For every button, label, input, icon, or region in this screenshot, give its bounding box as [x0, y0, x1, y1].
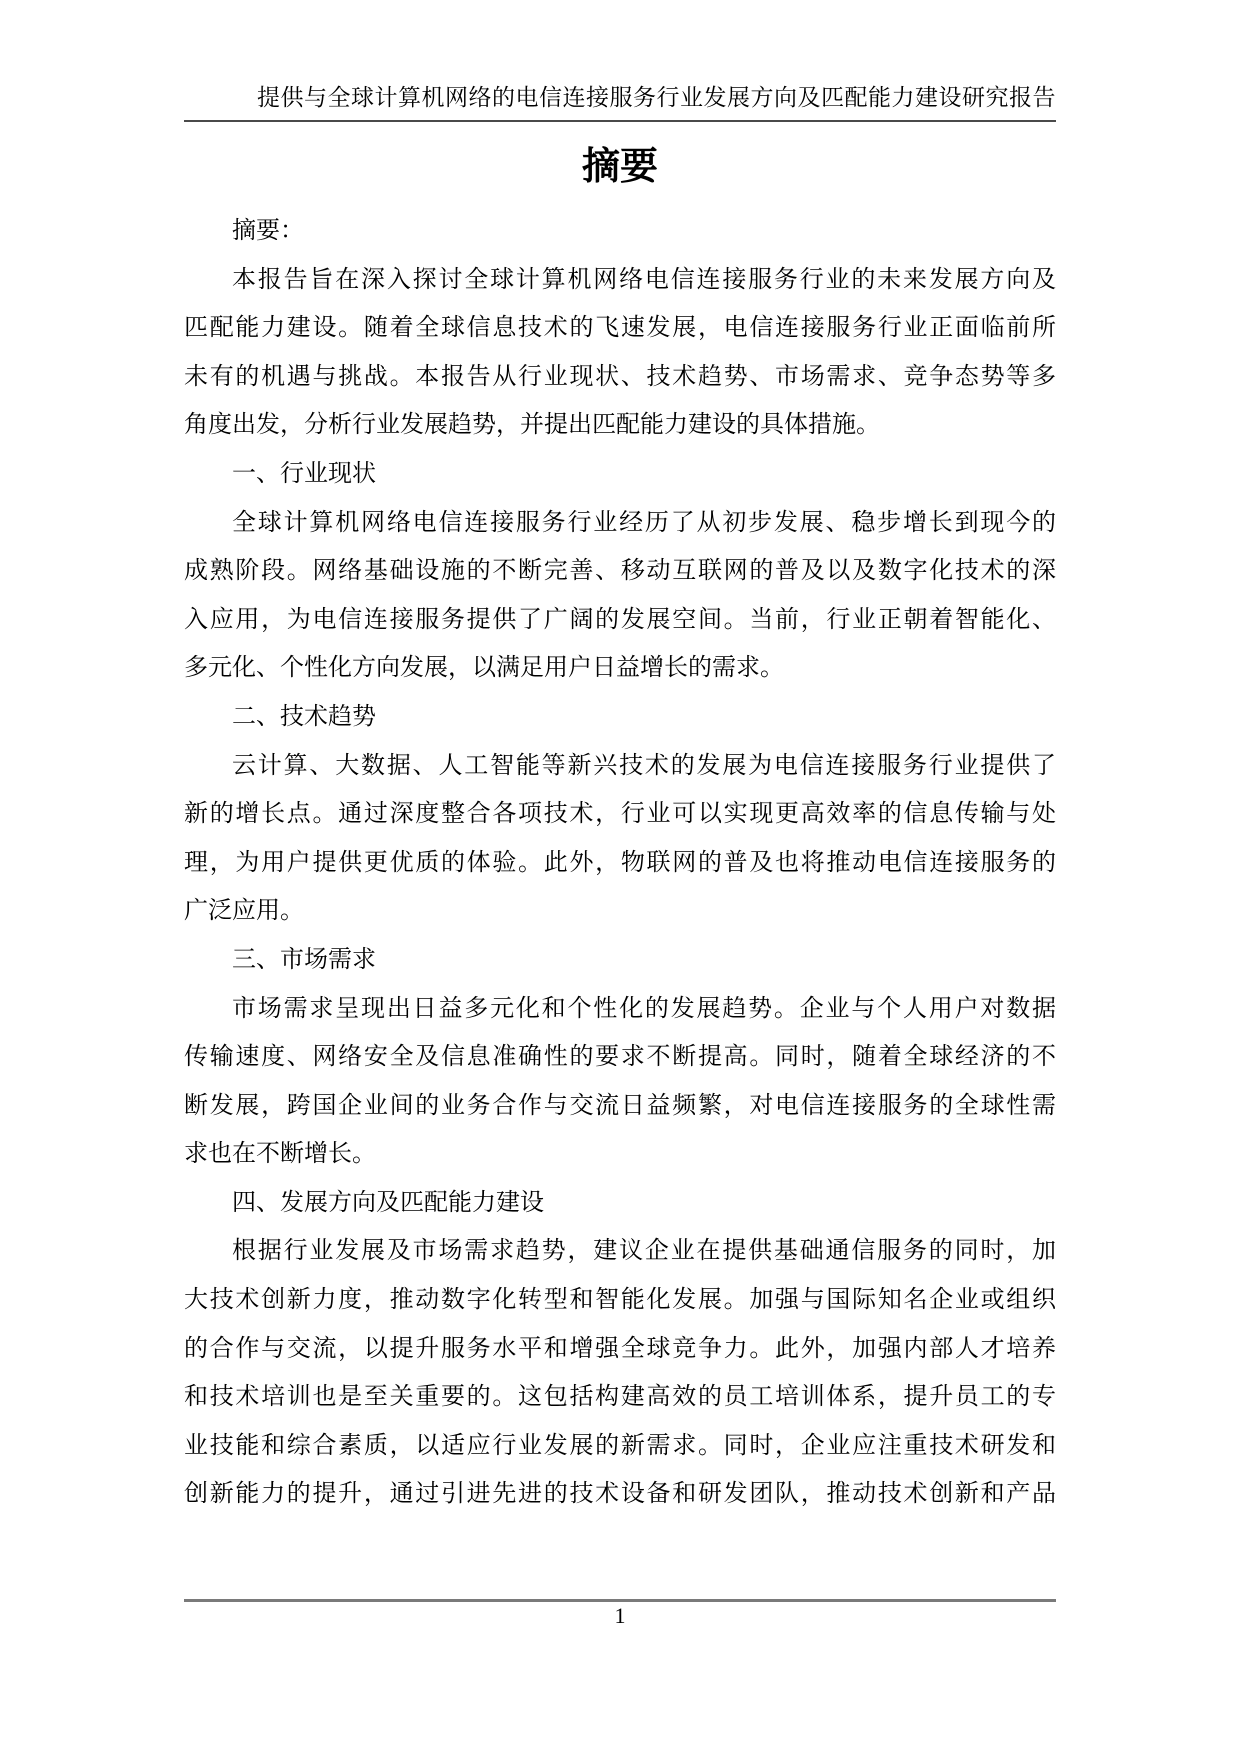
paragraph-line: 全球计算机网络电信连接服务行业经历了从初步发展、稳步增长到现今的	[184, 499, 1056, 548]
paragraph-line: 创新能力的提升，通过引进先进的技术设备和研发团队，推动技术创新和产品	[184, 1470, 1056, 1519]
paragraph-line: 根据行业发展及市场需求趋势，建议企业在提供基础通信服务的同时，加	[184, 1227, 1056, 1276]
paragraph-line: 理，为用户提供更优质的体验。此外，物联网的普及也将推动电信连接服务的	[184, 839, 1056, 888]
paragraph: 摘要：	[184, 207, 1056, 256]
paragraph: 本报告旨在深入探讨全球计算机网络电信连接服务行业的未来发展方向及匹配能力建设。随…	[184, 256, 1056, 450]
paragraph-line: 市场需求呈现出日益多元化和个性化的发展趋势。企业与个人用户对数据	[184, 985, 1056, 1034]
paragraph-line: 入应用，为电信连接服务提供了广阔的发展空间。当前，行业正朝着智能化、	[184, 596, 1056, 645]
paragraph: 市场需求呈现出日益多元化和个性化的发展趋势。企业与个人用户对数据传输速度、网络安…	[184, 985, 1056, 1179]
paragraph-line: 四、发展方向及匹配能力建设	[184, 1179, 1056, 1228]
paragraph-line: 多元化、个性化方向发展，以满足用户日益增长的需求。	[184, 644, 1056, 693]
paragraph-line: 新的增长点。通过深度整合各项技术，行业可以实现更高效率的信息传输与处	[184, 790, 1056, 839]
paragraph-line: 未有的机遇与挑战。本报告从行业现状、技术趋势、市场需求、竞争态势等多	[184, 353, 1056, 402]
paragraph-line: 云计算、大数据、人工智能等新兴技术的发展为电信连接服务行业提供了	[184, 742, 1056, 791]
paragraph-line: 一、行业现状	[184, 450, 1056, 499]
paragraph-line: 大技术创新力度，推动数字化转型和智能化发展。加强与国际知名企业或组织	[184, 1276, 1056, 1325]
paragraph-line: 三、市场需求	[184, 936, 1056, 985]
paragraph-line: 摘要：	[184, 207, 1056, 256]
paragraph-line: 断发展，跨国企业间的业务合作与交流日益频繁，对电信连接服务的全球性需	[184, 1082, 1056, 1131]
paragraph-line: 业技能和综合素质，以适应行业发展的新需求。同时，企业应注重技术研发和	[184, 1422, 1056, 1471]
paragraph-line: 的合作与交流，以提升服务水平和增强全球竞争力。此外，加强内部人才培养	[184, 1325, 1056, 1374]
paragraph-line: 本报告旨在深入探讨全球计算机网络电信连接服务行业的未来发展方向及	[184, 256, 1056, 305]
paragraph-line: 角度出发，分析行业发展趋势，并提出匹配能力建设的具体措施。	[184, 401, 1056, 450]
page-title: 摘要	[0, 143, 1240, 191]
paragraph-line: 成熟阶段。网络基础设施的不断完善、移动互联网的普及以及数字化技术的深	[184, 547, 1056, 596]
header-rule	[184, 120, 1056, 122]
paragraph: 四、发展方向及匹配能力建设	[184, 1179, 1056, 1228]
paragraph-line: 传输速度、网络安全及信息准确性的要求不断提高。同时，随着全球经济的不	[184, 1033, 1056, 1082]
page-header-title: 提供与全球计算机网络的电信连接服务行业发展方向及匹配能力建设研究报告	[184, 82, 1056, 112]
paragraph: 云计算、大数据、人工智能等新兴技术的发展为电信连接服务行业提供了新的增长点。通过…	[184, 742, 1056, 936]
paragraph: 一、行业现状	[184, 450, 1056, 499]
paragraph: 全球计算机网络电信连接服务行业经历了从初步发展、稳步增长到现今的成熟阶段。网络基…	[184, 499, 1056, 693]
paragraph-line: 匹配能力建设。随着全球信息技术的飞速发展，电信连接服务行业正面临前所	[184, 304, 1056, 353]
paragraph: 根据行业发展及市场需求趋势，建议企业在提供基础通信服务的同时，加大技术创新力度，…	[184, 1227, 1056, 1519]
paragraph-line: 求也在不断增长。	[184, 1130, 1056, 1179]
document-body: 摘要：本报告旨在深入探讨全球计算机网络电信连接服务行业的未来发展方向及匹配能力建…	[184, 207, 1056, 1519]
paragraph: 二、技术趋势	[184, 693, 1056, 742]
paragraph: 三、市场需求	[184, 936, 1056, 985]
document-page: 提供与全球计算机网络的电信连接服务行业发展方向及匹配能力建设研究报告 摘要 摘要…	[0, 0, 1240, 1753]
paragraph-line: 和技术培训也是至关重要的。这包括构建高效的员工培训体系，提升员工的专	[184, 1373, 1056, 1422]
page-number: 1	[0, 1602, 1240, 1630]
paragraph-line: 广泛应用。	[184, 887, 1056, 936]
paragraph-line: 二、技术趋势	[184, 693, 1056, 742]
